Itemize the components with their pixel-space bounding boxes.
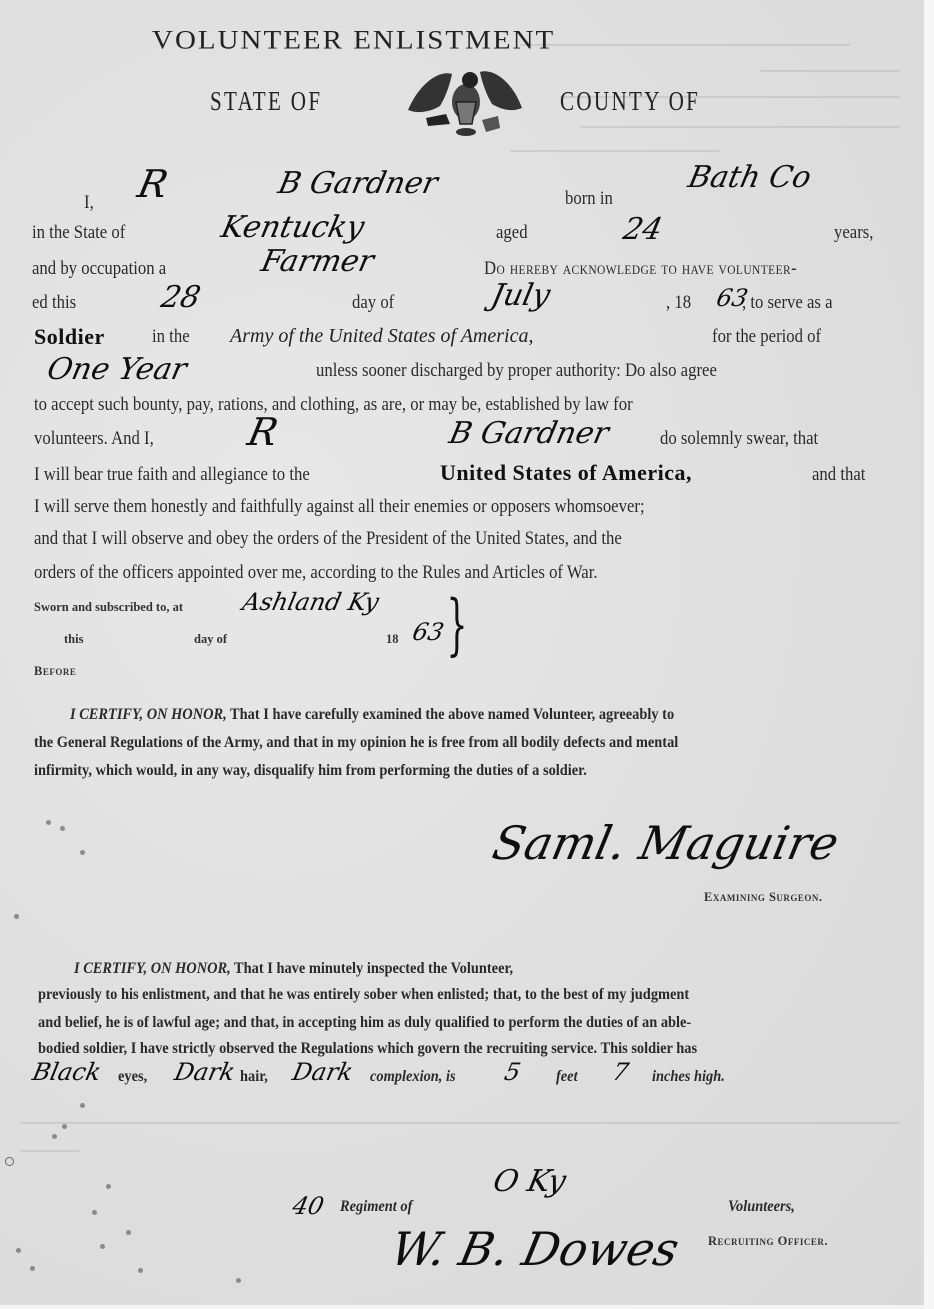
eye-color-value: Black bbox=[30, 1058, 104, 1086]
document-page: VOLUNTEER ENLISTMENT STATE OF COUNTY OF … bbox=[0, 0, 924, 1305]
state-value: Kentucky bbox=[218, 210, 367, 245]
inches-label: inches high. bbox=[652, 1068, 725, 1086]
state-of-label: STATE OF bbox=[210, 86, 322, 117]
sworn-label: Sworn and subscribed to, at bbox=[34, 600, 183, 615]
sworn-place-value: Ashland Ky bbox=[240, 588, 381, 616]
complexion-value: Dark bbox=[290, 1058, 356, 1086]
brace-icon: } bbox=[447, 586, 468, 663]
surgeon-signature: Saml. Maguire bbox=[488, 816, 844, 870]
serve-as-text: , to serve as a bbox=[742, 292, 833, 314]
age-value: 24 bbox=[620, 212, 666, 247]
state-of-birth-label: in the State of bbox=[32, 222, 125, 244]
period-of-label: for the period of bbox=[712, 326, 821, 348]
sworn-this-label: this bbox=[64, 632, 83, 647]
regiment-state-value: O Ky bbox=[490, 1164, 569, 1199]
feet-label: feet bbox=[556, 1068, 578, 1086]
oath-surname: B Gardner bbox=[446, 416, 612, 451]
county-of-label: COUNTY OF bbox=[560, 86, 700, 117]
surgeon-cert-lead: I CERTIFY, ON HONOR, bbox=[70, 706, 227, 723]
soldier-heading: Soldier bbox=[34, 324, 105, 350]
officer-cert-lead: I CERTIFY, ON HONOR, bbox=[74, 960, 231, 977]
regiment-of-label: Regiment of bbox=[340, 1198, 412, 1216]
surgeon-cert-line1: I CERTIFY, ON HONOR, That I have careful… bbox=[70, 706, 674, 724]
height-feet-value: 5 bbox=[502, 1058, 523, 1086]
day-of-label: day of bbox=[352, 292, 394, 314]
discharge-text: unless sooner discharged by proper autho… bbox=[316, 360, 717, 382]
sworn-day-of-label: day of bbox=[194, 632, 227, 647]
allegiance-text: I will bear true faith and allegiance to… bbox=[34, 464, 310, 486]
enlist-day-prefix: ed this bbox=[32, 292, 76, 314]
recruiting-officer-signature: W. B. Dowes bbox=[386, 1222, 684, 1276]
years-label: years, bbox=[834, 222, 873, 244]
articles-of-war-text: orders of the officers appointed over me… bbox=[34, 562, 598, 584]
and-i-text: volunteers. And I, bbox=[34, 428, 154, 450]
height-inches-value: 7 bbox=[610, 1058, 631, 1086]
sworn-year-value: 63 bbox=[410, 618, 446, 646]
volunteer-surname: B Gardner bbox=[275, 166, 441, 201]
volunteers-label: Volunteers, bbox=[728, 1198, 795, 1216]
year-prefix: , 18 bbox=[666, 292, 691, 314]
hair-color-value: Dark bbox=[172, 1058, 238, 1086]
eagle-icon bbox=[400, 62, 530, 140]
solemnly-swear-text: do solemnly swear, that bbox=[660, 428, 818, 450]
regiment-number: 40 bbox=[290, 1192, 326, 1220]
enlistment-period-value: One Year bbox=[44, 352, 190, 387]
recruiting-officer-title: Recruiting Officer. bbox=[708, 1234, 828, 1249]
hair-label: hair, bbox=[240, 1068, 268, 1086]
examining-surgeon-title: Examining Surgeon. bbox=[704, 890, 823, 905]
bounty-text: to accept such bounty, pay, rations, and… bbox=[34, 394, 633, 416]
occupation-value: Farmer bbox=[258, 244, 377, 279]
born-in-label: born in bbox=[565, 188, 613, 210]
serve-honestly-text: I will serve them honestly and faithfull… bbox=[34, 496, 645, 518]
in-the-label: in the bbox=[152, 326, 190, 348]
officer-cert-line4: bodied soldier, I have strictly observed… bbox=[38, 1040, 697, 1058]
acknowledge-text: Do hereby acknowledge to have volunteer- bbox=[484, 258, 797, 280]
and-that-text: and that bbox=[812, 464, 865, 486]
volunteer-first-initial: R bbox=[134, 162, 172, 206]
aged-label: aged bbox=[496, 222, 528, 244]
oath-first-initial: R bbox=[244, 410, 282, 454]
eyes-label: eyes, bbox=[118, 1068, 147, 1086]
page-margin bbox=[924, 0, 934, 1309]
oath-i-label: I, bbox=[84, 192, 94, 214]
army-of-united-states: Army of the United States of America, bbox=[230, 325, 533, 348]
officer-cert-line1: I CERTIFY, ON HONOR, That I have minutel… bbox=[74, 960, 513, 978]
birthplace-value: Bath Co bbox=[685, 160, 814, 195]
surgeon-cert-text1: That I have carefully examined the above… bbox=[230, 706, 674, 723]
enlist-month-value: July bbox=[488, 278, 553, 313]
complexion-label: complexion, is bbox=[370, 1068, 456, 1086]
surgeon-cert-line2: the General Regulations of the Army, and… bbox=[34, 734, 678, 752]
surgeon-cert-line3: infirmity, which would, in any way, disq… bbox=[34, 762, 587, 780]
enlist-day-value: 28 bbox=[158, 280, 204, 315]
officer-cert-line3: and belief, he is of lawful age; and tha… bbox=[38, 1014, 691, 1032]
occupation-label: and by occupation a bbox=[32, 258, 166, 280]
officer-cert-line2: previously to his enlistment, and that h… bbox=[38, 986, 689, 1004]
sworn-year-prefix: 18 bbox=[386, 632, 399, 647]
form-title: VOLUNTEER ENLISTMENT bbox=[152, 25, 555, 55]
united-states-of-america: United States of America, bbox=[440, 460, 692, 486]
before-label: Before bbox=[34, 664, 76, 679]
officer-cert-text1: That I have minutely inspected the Volun… bbox=[234, 960, 513, 977]
obey-orders-text: and that I will observe and obey the ord… bbox=[34, 528, 622, 550]
